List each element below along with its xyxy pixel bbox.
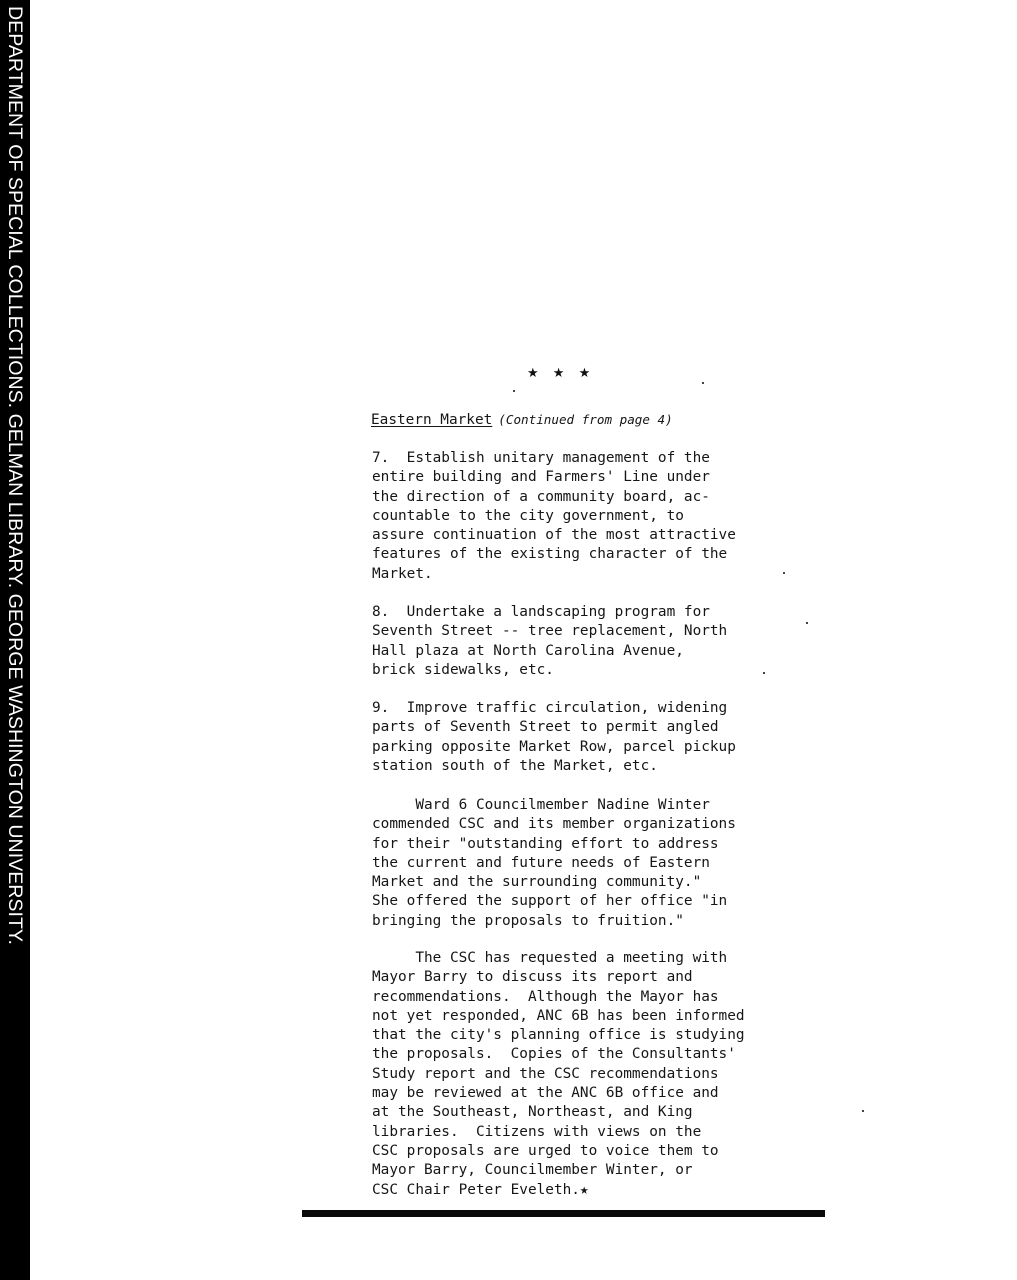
text-line: The CSC has requested a meeting with xyxy=(372,949,745,968)
text-line: parking opposite Market Row, parcel pick… xyxy=(372,738,736,757)
text-line: 9. Improve traffic circulation, widening xyxy=(372,699,736,718)
text-line: at the Southeast, Northeast, and King xyxy=(372,1103,745,1122)
text-line: entire building and Farmers' Line under xyxy=(372,468,736,487)
text-line: recommendations. Although the Mayor has xyxy=(372,988,745,1007)
text-line: parts of Seventh Street to permit angled xyxy=(372,718,736,737)
article-title: Eastern Market xyxy=(371,412,492,428)
paragraph-item-8: 8. Undertake a landscaping program forSe… xyxy=(372,603,727,680)
text-line: CSC Chair Peter Eveleth.★ xyxy=(372,1181,745,1200)
text-line: assure continuation of the most attracti… xyxy=(372,526,736,545)
scan-speck xyxy=(763,672,765,674)
text-line: 8. Undertake a landscaping program for xyxy=(372,603,727,622)
text-line: libraries. Citizens with views on the xyxy=(372,1123,745,1142)
text-line: bringing the proposals to fruition." xyxy=(372,912,736,931)
text-line: CSC proposals are urged to voice them to xyxy=(372,1142,745,1161)
paragraph-item-7: 7. Establish unitary management of theen… xyxy=(372,449,736,584)
scan-speck xyxy=(862,1110,864,1112)
text-line: Seventh Street -- tree replacement, Nort… xyxy=(372,622,727,641)
text-line: Mayor Barry to discuss its report and xyxy=(372,968,745,987)
text-line: Mayor Barry, Councilmember Winter, or xyxy=(372,1161,745,1180)
text-line: may be reviewed at the ANC 6B office and xyxy=(372,1084,745,1103)
text-line: Market and the surrounding community." xyxy=(372,873,736,892)
text-line: commended CSC and its member organizatio… xyxy=(372,815,736,834)
paragraph-csc-meeting-request: The CSC has requested a meeting withMayo… xyxy=(372,949,745,1200)
text-line: that the city's planning office is study… xyxy=(372,1026,745,1045)
closing-rule xyxy=(302,1210,825,1217)
article-heading: Eastern Market(Continued from page 4) xyxy=(371,410,673,430)
scan-speck xyxy=(702,382,704,384)
text-line: the proposals. Copies of the Consultants… xyxy=(372,1045,745,1064)
text-line: brick sidewalks, etc. xyxy=(372,661,727,680)
text-line: the direction of a community board, ac- xyxy=(372,488,736,507)
text-line: not yet responded, ANC 6B has been infor… xyxy=(372,1007,745,1026)
scan-speck xyxy=(513,390,515,392)
text-line: countable to the city government, to xyxy=(372,507,736,526)
text-line: for their "outstanding effort to address xyxy=(372,835,736,854)
archive-sidebar: DEPARTMENT OF SPECIAL COLLECTIONS. GELMA… xyxy=(0,0,30,1280)
archive-credit-text: DEPARTMENT OF SPECIAL COLLECTIONS. GELMA… xyxy=(3,6,27,945)
text-line: Study report and the CSC recommendations xyxy=(372,1065,745,1084)
text-line: Ward 6 Councilmember Nadine Winter xyxy=(372,796,736,815)
text-line: 7. Establish unitary management of the xyxy=(372,449,736,468)
paragraph-item-9: 9. Improve traffic circulation, widening… xyxy=(372,699,736,776)
text-line: Hall plaza at North Carolina Avenue, xyxy=(372,642,727,661)
text-line: station south of the Market, etc. xyxy=(372,757,736,776)
paragraph-councilmember-winter: Ward 6 Councilmember Nadine Wintercommen… xyxy=(372,796,736,931)
section-separator-stars: ★ ★ ★ xyxy=(527,366,595,382)
scan-speck xyxy=(806,622,808,624)
text-line: She offered the support of her office "i… xyxy=(372,892,736,911)
text-line: the current and future needs of Eastern xyxy=(372,854,736,873)
article-continuation-note: (Continued from page 4) xyxy=(498,412,672,427)
text-line: Market. xyxy=(372,565,736,584)
text-line: features of the existing character of th… xyxy=(372,545,736,564)
scan-speck xyxy=(783,572,785,574)
